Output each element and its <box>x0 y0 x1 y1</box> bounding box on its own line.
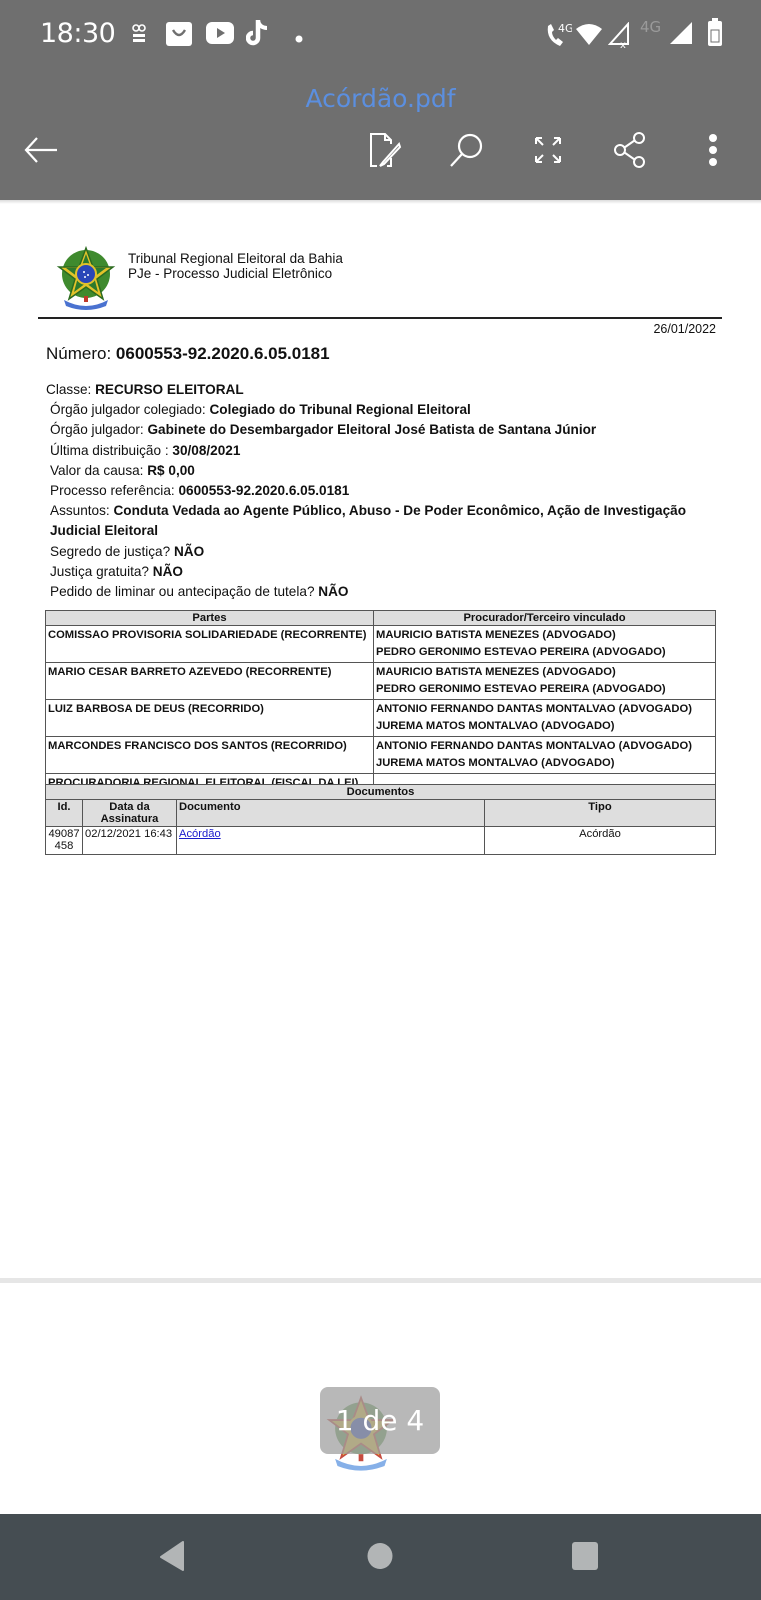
share-button[interactable] <box>606 128 654 176</box>
edit-document-button[interactable] <box>362 128 410 176</box>
organization-header: Tribunal Regional Eleitoral da Bahia PJe… <box>128 251 343 281</box>
doc-documento-cell: Acórdão <box>177 827 485 855</box>
procurador-name: ANTONIO FERNANDO DANTAS MONTALVAO (ADVOG… <box>376 738 713 755</box>
search-icon <box>448 132 484 173</box>
back-nav-icon <box>158 1559 186 1576</box>
process-number: Número: 0600553-92.2020.6.05.0181 <box>46 344 330 364</box>
procurador-cell: ANTONIO FERNANDO DANTAS MONTALVAO (ADVOG… <box>374 737 716 774</box>
tiktok-icon <box>246 18 270 53</box>
process-fields: Classe: RECURSO ELEITORAL Órgão julgador… <box>46 380 726 602</box>
doc-tipo: Acórdão <box>485 827 716 855</box>
table-row: 49087458 02/12/2021 16:43 Acórdão Acórdã… <box>46 827 716 855</box>
tribunal-name: Tribunal Regional Eleitoral da Bahia <box>128 251 343 266</box>
procurador-name: JUREMA MATOS MONTALVAO (ADVOGADO) <box>376 718 713 735</box>
table-row: MARCONDES FRANCISCO DOS SANTOS (RECORRID… <box>46 737 716 774</box>
youtube-icon <box>206 22 234 49</box>
field-justica-gratuita: Justiça gratuita? NÃO <box>46 562 726 582</box>
back-button[interactable] <box>17 128 65 176</box>
procurador-cell: ANTONIO FERNANDO DANTAS MONTALVAO (ADVOG… <box>374 700 716 737</box>
procurador-cell: MAURICIO BATISTA MENEZES (ADVOGADO)PEDRO… <box>374 663 716 700</box>
field-pedido-liminar: Pedido de liminar ou antecipação de tute… <box>46 582 726 602</box>
fullscreen-icon <box>532 134 564 171</box>
procurador-name: PEDRO GERONIMO ESTEVAO PEREIRA (ADVOGADO… <box>376 644 713 661</box>
nav-back-button[interactable] <box>158 1540 186 1577</box>
pdf-page-1: Tribunal Regional Eleitoral da Bahia PJe… <box>0 204 761 1274</box>
field-segredo-justica: Segredo de justiça? NÃO <box>46 542 726 562</box>
tipo-header: Tipo <box>485 800 716 827</box>
field-orgao-colegiado: Órgão julgador colegiado: Colegiado do T… <box>46 400 726 420</box>
status-bar: 18:30 4G x 4G <box>0 0 761 68</box>
system-name: PJe - Processo Judicial Eletrônico <box>128 266 343 281</box>
back-icon <box>23 136 59 169</box>
procurador-name: PEDRO GERONIMO ESTEVAO PEREIRA (ADVOGADO… <box>376 681 713 698</box>
data-assinatura-header: Data da Assinatura <box>83 800 177 827</box>
field-processo-referencia: Processo referência: 0600553-92.2020.6.0… <box>46 481 726 501</box>
edit-document-icon <box>369 132 403 173</box>
fullscreen-button[interactable] <box>524 128 572 176</box>
procurador-name: MAURICIO BATISTA MENEZES (ADVOGADO) <box>376 664 713 681</box>
field-assuntos: Assuntos: Conduta Vedada ao Agente Públi… <box>46 501 726 541</box>
wifi-icon <box>576 23 602 50</box>
document-title: Acórdão.pdf <box>0 84 761 113</box>
table-row: MARIO CESAR BARRETO AZEVEDO (RECORRENTE)… <box>46 663 716 700</box>
field-valor-causa: Valor da causa: R$ 0,00 <box>46 461 726 481</box>
signal-icon <box>670 22 692 49</box>
svg-text:x: x <box>620 40 626 48</box>
procurador-cell: MAURICIO BATISTA MENEZES (ADVOGADO)PEDRO… <box>374 626 716 663</box>
procurador-name: ANTONIO FERNANDO DANTAS MONTALVAO (ADVOG… <box>376 701 713 718</box>
doc-link[interactable]: Acórdão <box>179 828 221 840</box>
header-divider <box>38 317 722 319</box>
search-button[interactable] <box>442 128 490 176</box>
more-options-icon <box>708 133 718 172</box>
field-classe: Classe: RECURSO ELEITORAL <box>46 380 726 400</box>
status-time: 18:30 <box>40 18 115 49</box>
nfc-icon <box>132 24 146 49</box>
table-row: LUIZ BARBOSA DE DEUS (RECORRIDO)ANTONIO … <box>46 700 716 737</box>
home-nav-icon <box>366 1559 394 1576</box>
4g-icon: 4G <box>640 18 661 36</box>
doc-id: 49087458 <box>46 827 83 855</box>
more-options-button[interactable] <box>689 128 737 176</box>
procurador-name: JUREMA MATOS MONTALVAO (ADVOGADO) <box>376 755 713 772</box>
procurador-header: Procurador/Terceiro vinculado <box>374 611 716 626</box>
page-indicator: 1 de 4 <box>320 1387 440 1454</box>
parte-cell: MARCONDES FRANCISCO DOS SANTOS (RECORRID… <box>46 737 374 774</box>
documento-header: Documento <box>177 800 485 827</box>
app-bar: Acórdão.pdf <box>0 68 761 200</box>
doc-data-assinatura: 02/12/2021 16:43 <box>83 827 177 855</box>
procurador-name: MAURICIO BATISTA MENEZES (ADVOGADO) <box>376 627 713 644</box>
share-icon <box>613 132 647 173</box>
system-nav-bar <box>0 1514 761 1600</box>
id-header: Id. <box>46 800 83 827</box>
table-row: COMISSAO PROVISORIA SOLIDARIEDADE (RECOR… <box>46 626 716 663</box>
documentos-title: Documentos <box>46 785 716 800</box>
svg-text:4G: 4G <box>558 22 572 35</box>
partes-table: Partes Procurador/Terceiro vinculado COM… <box>45 610 716 794</box>
process-number-value: 0600553-92.2020.6.05.0181 <box>116 344 330 363</box>
no-signal-icon: x <box>608 22 632 53</box>
dot-icon <box>295 30 303 48</box>
brazil-coat-of-arms-icon <box>54 244 118 312</box>
shopee-icon <box>166 20 192 51</box>
field-orgao-julgador: Órgão julgador: Gabinete do Desembargado… <box>46 420 726 440</box>
process-number-label: Número: <box>46 344 111 363</box>
volte-call-icon: 4G <box>544 20 572 55</box>
partes-header: Partes <box>46 611 374 626</box>
document-date: 26/01/2022 <box>653 322 716 336</box>
field-ultima-distribuicao: Última distribuição : 30/08/2021 <box>46 441 726 461</box>
parte-cell: MARIO CESAR BARRETO AZEVEDO (RECORRENTE) <box>46 663 374 700</box>
documentos-table: Documentos Id. Data da Assinatura Docume… <box>45 784 716 855</box>
parte-cell: COMISSAO PROVISORIA SOLIDARIEDADE (RECOR… <box>46 626 374 663</box>
parte-cell: LUIZ BARBOSA DE DEUS (RECORRIDO) <box>46 700 374 737</box>
battery-icon <box>708 18 722 51</box>
nav-recents-button[interactable] <box>571 1540 599 1577</box>
nav-home-button[interactable] <box>366 1540 394 1577</box>
recents-nav-icon <box>571 1559 599 1576</box>
